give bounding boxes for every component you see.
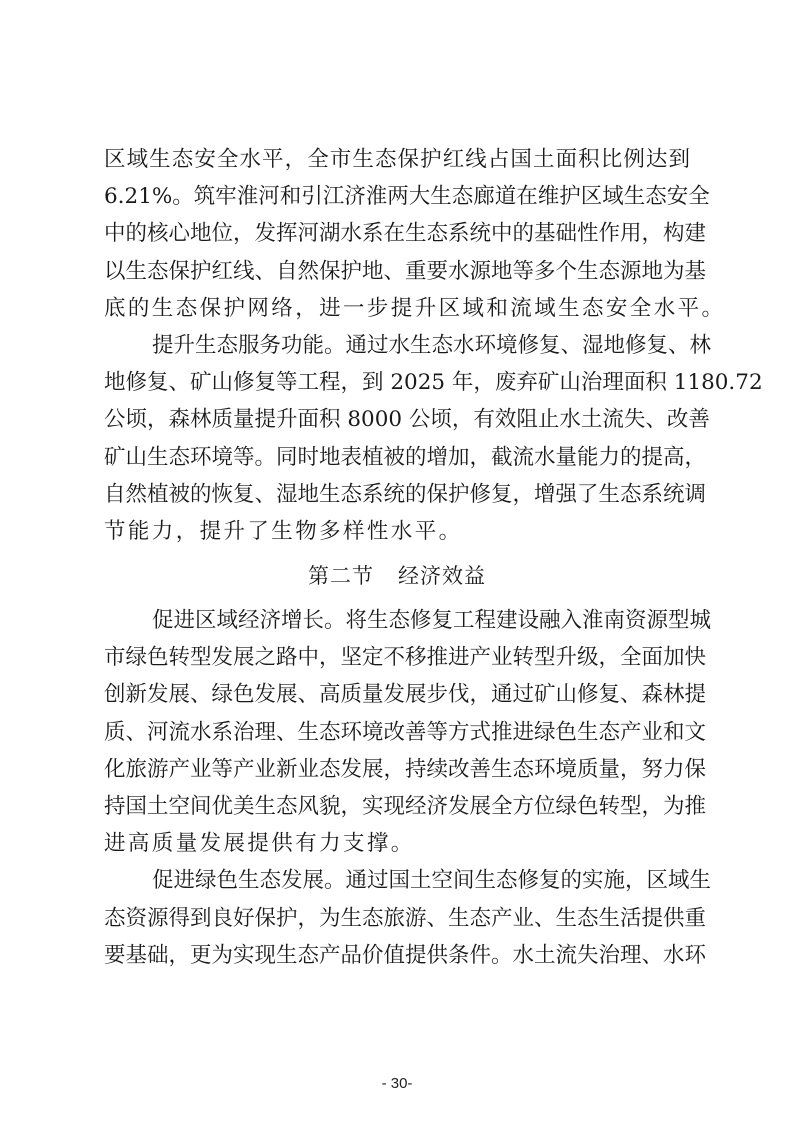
text-line: 节能力，提升了生物多样性水平。: [104, 513, 690, 550]
section-number: 第二节: [308, 564, 374, 588]
text-line: 促进绿色生态发展。通过国土空间生态修复的实施，区域生: [104, 862, 690, 899]
text-line: 底的生态保护网络，进一步提升区域和流域生态安全水平。: [104, 290, 690, 327]
section-heading: 第二节经济效益: [104, 550, 690, 594]
text-line: 地修复、矿山修复等工程，到 2025 年，废弃矿山治理面积 1180.72: [104, 364, 690, 401]
paragraph-economic-growth: 促进区域经济增长。将生态修复工程建设融入淮南资源型城 市绿色转型发展之路中，坚定…: [104, 602, 694, 862]
text-line: 态资源得到良好保护，为生态旅游、生态产业、生态生活提供重: [104, 900, 690, 937]
text-line: 提升生态服务功能。通过水生态水环境修复、湿地修复、林: [104, 327, 690, 364]
text-line: 促进区域经济增长。将生态修复工程建设融入淮南资源型城: [104, 602, 690, 639]
document-page: 区域生态安全水平，全市生态保护红线占国土面积比例达到 6.21%。筑牢淮河和引江…: [104, 141, 694, 974]
text-line: 创新发展、绿色发展、高质量发展步伐，通过矿山修复、森林提: [104, 676, 690, 713]
text-line: 区域生态安全水平，全市生态保护红线占国土面积比例达到: [104, 141, 690, 178]
text-line: 以生态保护红线、自然保护地、重要水源地等多个生态源地为基: [104, 253, 690, 290]
text-line: 矿山生态环境等。同时地表植被的增加，截流水量能力的提高，: [104, 439, 690, 476]
text-line: 化旅游产业等产业新业态发展，持续改善生态环境质量，努力保: [104, 751, 690, 788]
text-line: 要基础，更为实现生态产品价值提供条件。水土流失治理、水环: [104, 937, 690, 974]
text-line: 自然植被的恢复、湿地生态系统的保护修复，增强了生态系统调: [104, 476, 690, 513]
page-number: - 30-: [0, 1075, 794, 1092]
paragraph-ecological-security: 区域生态安全水平，全市生态保护红线占国土面积比例达到 6.21%。筑牢淮河和引江…: [104, 141, 694, 327]
text-line: 6.21%。筑牢淮河和引江济淮两大生态廊道在维护区域生态安全: [104, 178, 690, 215]
text-line: 进高质量发展提供有力支撑。: [104, 825, 690, 862]
text-line: 中的核心地位，发挥河湖水系在生态系统中的基础性作用，构建: [104, 215, 690, 252]
text-line: 公顷，森林质量提升面积 8000 公顷，有效阻止水土流失、改善: [104, 401, 690, 438]
text-line: 市绿色转型发展之路中，坚定不移推进产业转型升级，全面加快: [104, 639, 690, 676]
text-line: 质、河流水系治理、生态环境改善等方式推进绿色生态产业和文: [104, 714, 690, 751]
paragraph-green-development: 促进绿色生态发展。通过国土空间生态修复的实施，区域生 态资源得到良好保护，为生态…: [104, 862, 694, 974]
section-title: 经济效益: [398, 564, 486, 588]
text-line: 持国土空间优美生态风貌，实现经济发展全方位绿色转型，为推: [104, 788, 690, 825]
paragraph-ecological-service: 提升生态服务功能。通过水生态水环境修复、湿地修复、林 地修复、矿山修复等工程，到…: [104, 327, 694, 550]
